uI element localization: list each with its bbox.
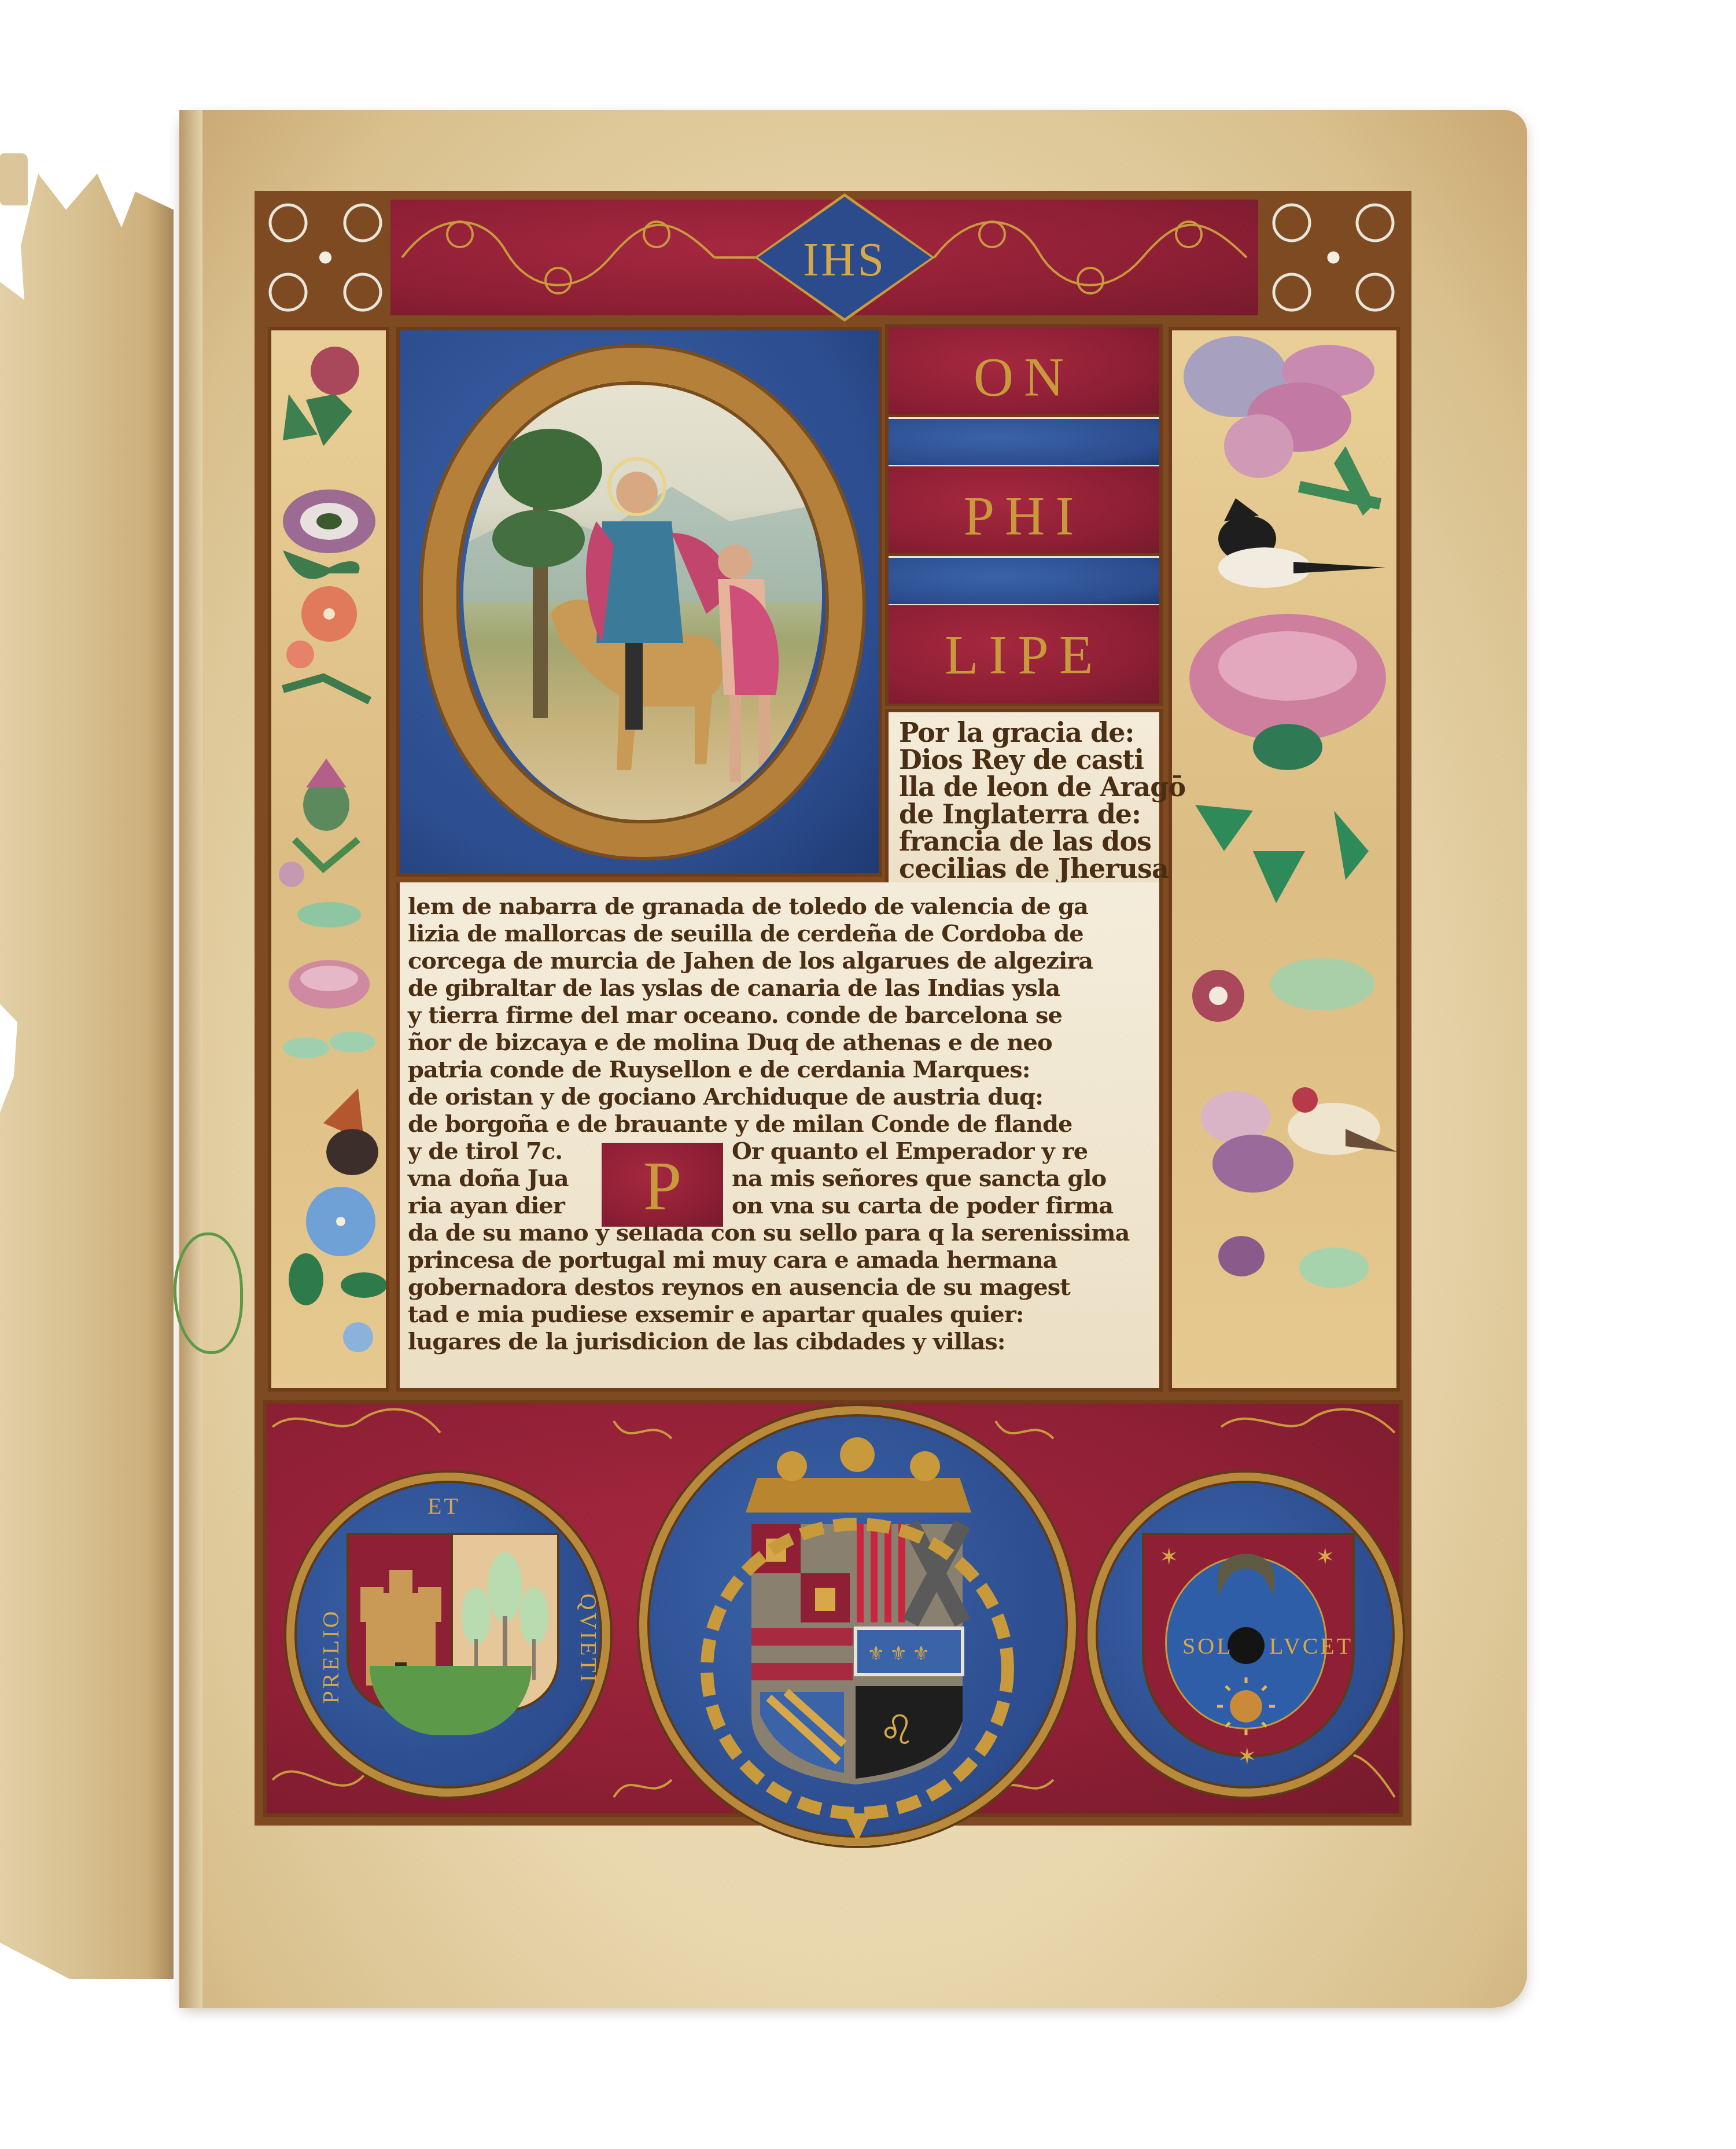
text-line: princesa de portugal mi muy cara e amada… (408, 1246, 1129, 1274)
title-line-3: LIPE (889, 623, 1159, 687)
medallion-right: ✶✶✶ SOL LVCET (1088, 1473, 1403, 1797)
text-line: da de su mano y sellada con su sello par… (408, 1219, 1129, 1246)
motto-prelio: PRELIO (317, 1609, 344, 1704)
title-line-2: PHI (889, 484, 1159, 548)
carnation-icon (283, 960, 375, 1058)
left-floral-border (268, 327, 389, 1392)
wide-text-lines: lem de nabarra de granada de toledo de v… (408, 893, 1129, 1355)
text-line: lizia de mallorcas de seuilla de cerdeña… (408, 920, 1129, 947)
acanthus-letter-d (423, 348, 863, 857)
rosebud-icon (279, 862, 361, 928)
title-band-2: PHI (889, 466, 1159, 553)
text-line: de borgoña e de brauante y de milan Cond… (408, 1110, 1129, 1138)
right-floral-border (1169, 327, 1400, 1392)
text-line: cecilias de Jherusa (899, 855, 1185, 882)
text-fragment: Or quanto el Emperador y re (732, 1139, 1088, 1164)
corner-ornament-top-right (1264, 200, 1403, 315)
ihs-lozenge: IHS (758, 197, 931, 318)
orange-flower-icon (283, 586, 370, 701)
text-fragment: na mis señores que sancta glo (732, 1166, 1106, 1191)
green-thread-tie (174, 1232, 243, 1354)
text-line: lla de leon de Aragō (899, 774, 1185, 801)
text-line: de Inglaterra de: (899, 801, 1185, 828)
text-line: ñor de bizcaya e de molina Duq de athena… (408, 1029, 1129, 1056)
text-line: Dios Rey de casti (899, 746, 1185, 774)
iris-icon (1184, 336, 1380, 516)
ihs-monogram: IHS (758, 233, 931, 287)
filigree-band-1 (889, 417, 1159, 467)
title-line-1: ON (889, 345, 1159, 409)
illuminated-initial-d (396, 327, 882, 877)
text-line: gobernadora destos reynos en ausencia de… (408, 1274, 1129, 1301)
text-line: tad e mia pudiese exsemir e apartar qual… (408, 1301, 1129, 1328)
svg-text:♌: ♌ (879, 1706, 915, 1754)
floral-border-birds-icon (1172, 330, 1396, 1388)
text-line: y de tirol 7c. Or quanto el Emperador y … (408, 1138, 1129, 1165)
text-line: vna doña Jua na mis señores que sancta g… (408, 1165, 1129, 1192)
text-line: ria ayan dier on vna su carta de poder f… (408, 1192, 1129, 1219)
text-line: corcega de murcia de Jahen de los algaru… (408, 947, 1129, 974)
purple-daisy-icon (283, 490, 375, 579)
medallion-left: ET PRELIO QVIETI (286, 1473, 610, 1797)
strawberry-icon (283, 347, 359, 446)
title-band-3: LIPE (889, 605, 1159, 704)
text-line: lem de nabarra de granada de toledo de v… (408, 893, 1129, 920)
initial-letter: P (602, 1146, 723, 1226)
thistle-icon (294, 759, 358, 869)
medallion-royal-arms: ⚜ ⚜ ⚜ ♌ (639, 1406, 1076, 1846)
title-block: ON PHI LIPE (885, 324, 1163, 706)
text-line: francia de las dos (899, 828, 1185, 855)
filigree-band-2 (889, 556, 1159, 606)
svg-text:✶: ✶ (1237, 1743, 1257, 1770)
floral-border-icon (271, 330, 386, 1388)
left-vellum-leaf (0, 174, 174, 1979)
royal-arms-icon: ⚜ ⚜ ⚜ ♌ (647, 1414, 1068, 1838)
text-line: patria conde de Ruysellon e de cerdania … (408, 1056, 1129, 1083)
shield-green-ground (370, 1666, 532, 1735)
svg-text:✶: ✶ (1159, 1544, 1179, 1570)
page-gutter (179, 110, 202, 2008)
text-line: de oristan y de gociano Archiduque de au… (408, 1083, 1129, 1110)
small-initial-p: P (602, 1143, 723, 1227)
text-line: Por la gracia de: (899, 719, 1185, 746)
goldfinch-icon (1288, 1087, 1396, 1155)
motto-lucet: LVCET (1269, 1632, 1353, 1659)
narrow-text-lines: Por la gracia de: Dios Rey de casti lla … (899, 719, 1185, 882)
motto-sol: SOL (1182, 1632, 1233, 1659)
text-block-narrow: Por la gracia de: Dios Rey de casti lla … (885, 709, 1163, 888)
motto-et: ET (427, 1492, 460, 1519)
morning-glory-icon (289, 1187, 386, 1352)
motto-quieti: QVIETI (575, 1594, 602, 1684)
strawberry-plant-icon (1192, 805, 1374, 1022)
peony-icon (1189, 614, 1386, 770)
text-line: de gibraltar de las yslas de canaria de … (408, 974, 1129, 1002)
svg-text:⚜ ⚜ ⚜: ⚜ ⚜ ⚜ (867, 1643, 930, 1665)
text-line: y tierra firme del mar oceano. conde de … (408, 1002, 1129, 1029)
text-line: lugares de la jurisdicion de las cibdade… (408, 1328, 1129, 1355)
svg-text:✶: ✶ (1315, 1544, 1335, 1570)
title-band-1: ON (889, 327, 1159, 414)
butterfly-icon (323, 1088, 378, 1175)
text-fragment: on vna su carta de poder firma (732, 1193, 1113, 1219)
corner-ornament-top-left (263, 200, 388, 315)
torn-leaf-scrap (0, 153, 28, 205)
text-block-wide: lem de nabarra de granada de toledo de v… (396, 882, 1163, 1392)
